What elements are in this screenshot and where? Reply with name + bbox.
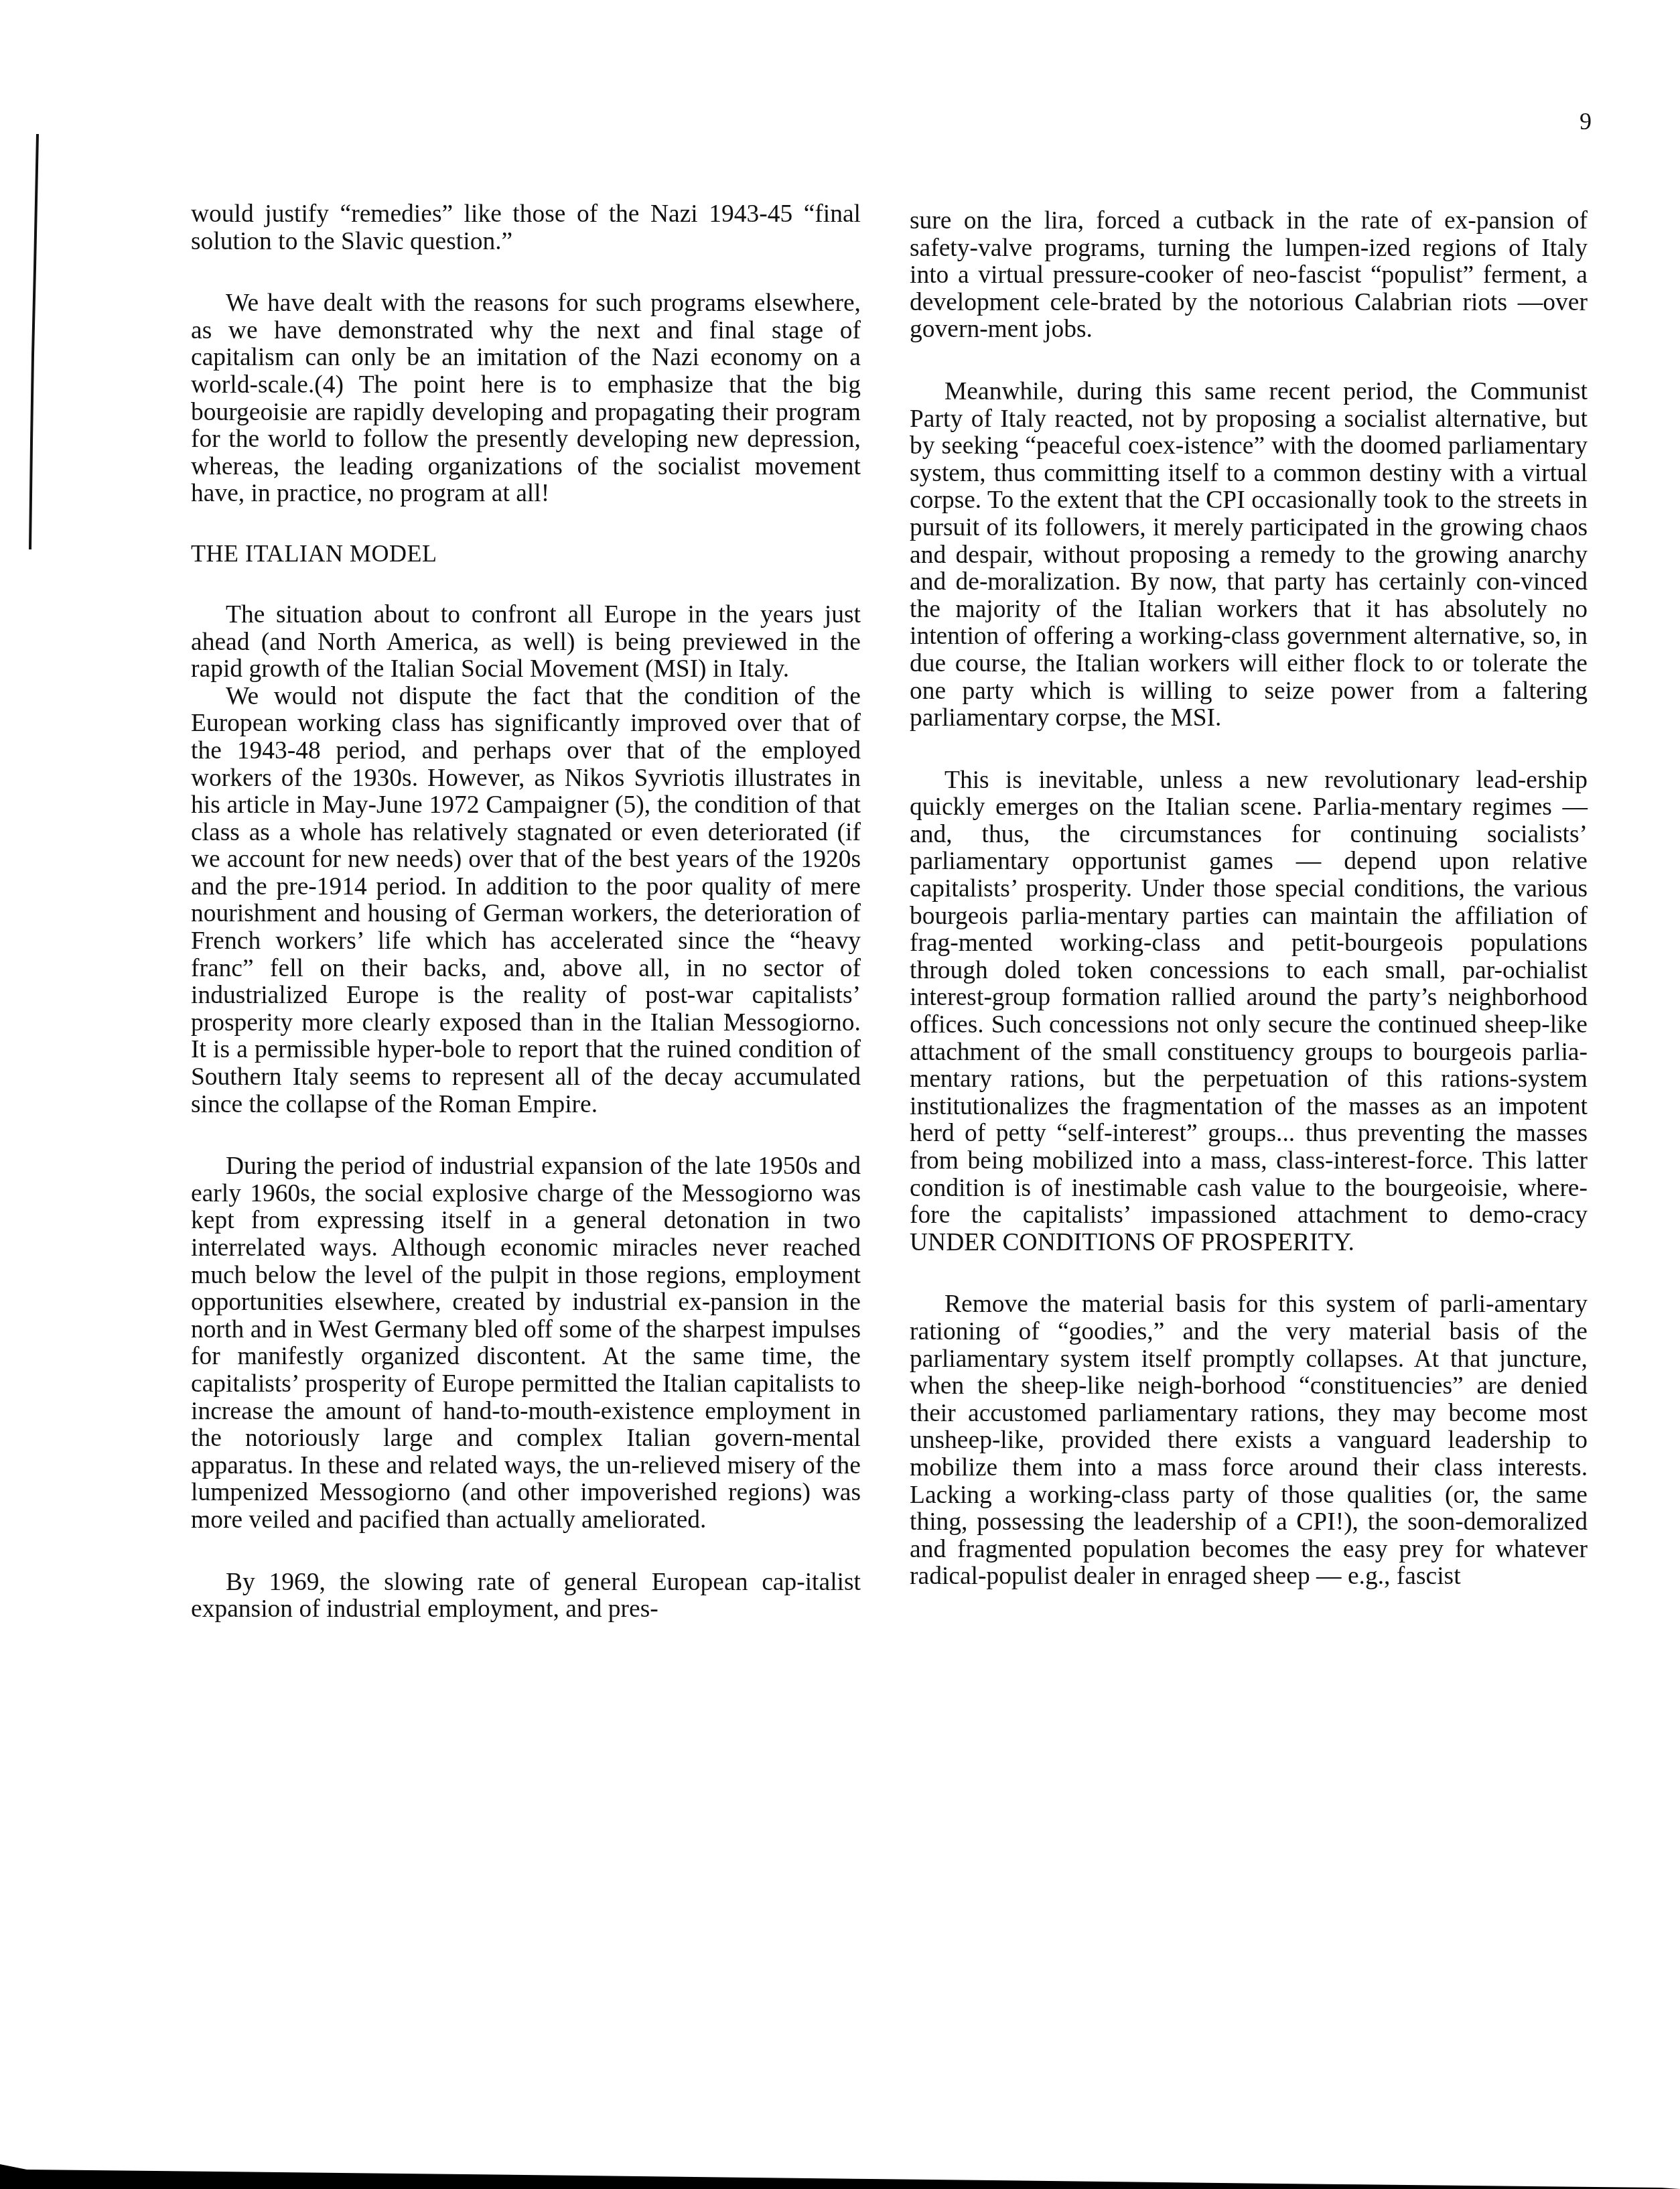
paragraph: would justify “remedies” like those of t…: [191, 201, 861, 255]
paragraph: The situation about to confront all Euro…: [191, 602, 861, 683]
paragraph: We have dealt with the reasons for such …: [191, 290, 861, 508]
paragraph: During the period of industrial expansio…: [191, 1153, 861, 1534]
section-heading: THE ITALIAN MODEL: [191, 540, 861, 567]
document-page: 9 would justify “remedies” like those of…: [0, 0, 1680, 2189]
paragraph: This is inevitable, unless a new revolut…: [910, 767, 1588, 1257]
paragraph: By 1969, the slowing rate of general Eur…: [191, 1569, 861, 1623]
scan-bottom-edge: [0, 2164, 1680, 2189]
right-column: sure on the lira, forced a cutback in th…: [910, 208, 1588, 1591]
paragraph: Meanwhile, during this same recent perio…: [910, 379, 1588, 732]
paragraph: sure on the lira, forced a cutback in th…: [910, 208, 1588, 344]
scan-edge-mark: [28, 134, 39, 549]
paragraph: Remove the material basis for this syste…: [910, 1291, 1588, 1591]
left-column: would justify “remedies” like those of t…: [191, 201, 861, 1623]
paragraph: We would not dispute the fact that the c…: [191, 683, 861, 1119]
page-number: 9: [1580, 107, 1592, 135]
